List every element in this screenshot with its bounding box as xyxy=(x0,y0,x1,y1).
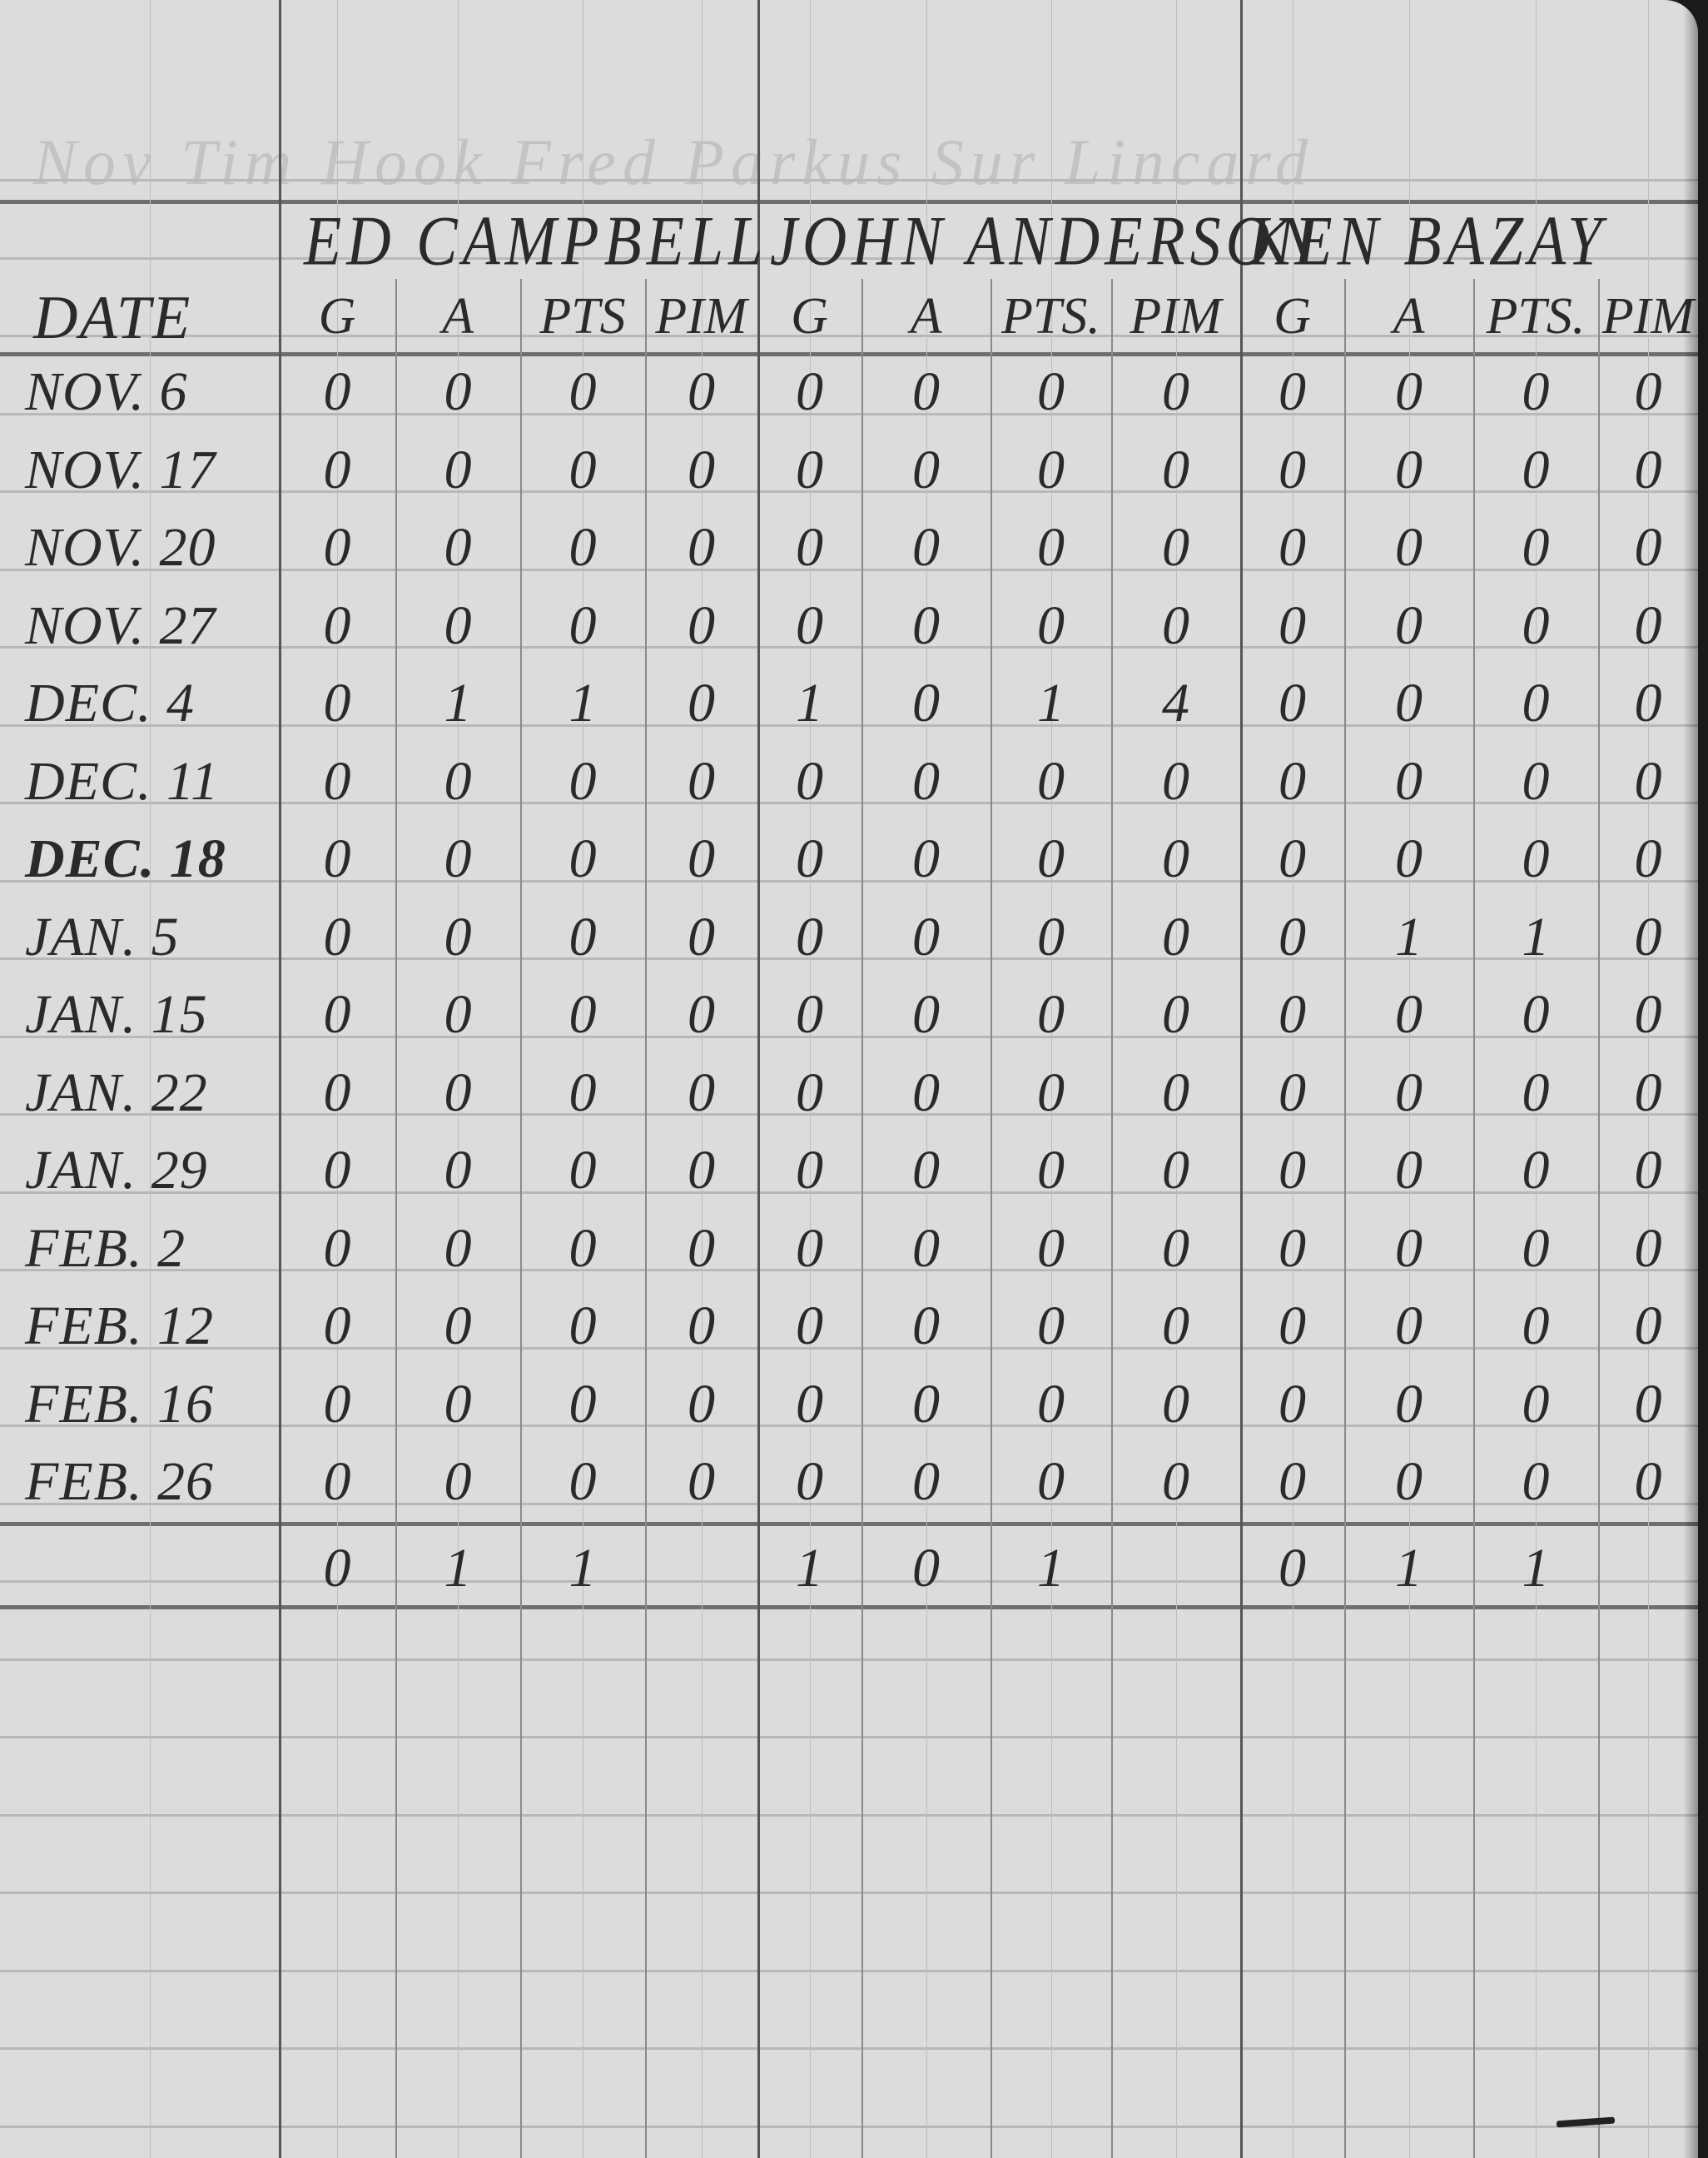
stat-cell: 0 xyxy=(645,672,757,735)
stat-cell: 0 xyxy=(1598,516,1698,579)
stat-cell: 0 xyxy=(279,1450,395,1514)
stat-cell: 0 xyxy=(757,983,861,1047)
stat-cell: 0 xyxy=(757,594,861,658)
game-date: NOV. 27 xyxy=(25,594,216,658)
stat-cell: 0 xyxy=(395,439,520,502)
stat-cell: 0 xyxy=(991,750,1111,813)
stat-cell: 0 xyxy=(395,828,520,891)
total-cell: 1 xyxy=(757,1537,861,1600)
total-cell: 1 xyxy=(395,1537,520,1600)
stat-cell: 0 xyxy=(1344,983,1473,1047)
stat-cell: 0 xyxy=(645,1062,757,1125)
stat-cell: 1 xyxy=(757,672,861,735)
stat-cell: 0 xyxy=(520,439,645,502)
player-name: JOHN ANDERSON xyxy=(770,201,1321,283)
stat-cell: 0 xyxy=(1240,828,1344,891)
stat-cell: 0 xyxy=(991,439,1111,502)
stat-cell: 1 xyxy=(991,672,1111,735)
stat-cell: 0 xyxy=(1240,983,1344,1047)
stat-cell: 0 xyxy=(1598,1139,1698,1202)
stat-cell: 0 xyxy=(279,828,395,891)
stat-cell: 0 xyxy=(645,516,757,579)
stat-cell: 0 xyxy=(1598,750,1698,813)
total-cell: 0 xyxy=(1240,1537,1344,1600)
stat-cell: 0 xyxy=(520,360,645,424)
stat-cell: 0 xyxy=(645,594,757,658)
total-cell: 1 xyxy=(520,1537,645,1600)
stat-cell: 0 xyxy=(645,750,757,813)
stat-column-header: A xyxy=(395,287,520,346)
stat-cell: 0 xyxy=(1598,983,1698,1047)
stat-cell: 0 xyxy=(861,828,991,891)
stat-cell: 0 xyxy=(1111,906,1240,969)
scoresheet-page: Nov Tim Hook Fred Parkus Sur Lincard ED … xyxy=(0,0,1698,2158)
stat-cell: 0 xyxy=(861,439,991,502)
stat-cell: 0 xyxy=(1473,439,1598,502)
stat-cell: 0 xyxy=(1473,672,1598,735)
stat-cell: 0 xyxy=(991,906,1111,969)
stat-cell: 0 xyxy=(645,1295,757,1358)
stat-cell: 0 xyxy=(279,983,395,1047)
ruled-line xyxy=(0,2047,1698,2050)
stat-cell: 0 xyxy=(757,1373,861,1436)
stat-cell: 0 xyxy=(1473,1450,1598,1514)
stat-cell: 0 xyxy=(861,1450,991,1514)
stat-cell: 0 xyxy=(395,1139,520,1202)
ruled-line xyxy=(0,1522,1698,1526)
game-date: DEC. 4 xyxy=(25,672,195,735)
ruled-line xyxy=(0,1658,1698,1661)
stat-cell: 0 xyxy=(520,1450,645,1514)
stat-cell: 0 xyxy=(520,1295,645,1358)
stat-cell: 0 xyxy=(279,1373,395,1436)
stat-cell: 0 xyxy=(1344,1139,1473,1202)
stat-cell: 0 xyxy=(520,983,645,1047)
stat-cell: 0 xyxy=(520,1373,645,1436)
stat-cell: 0 xyxy=(1344,516,1473,579)
stat-cell: 0 xyxy=(1598,1295,1698,1358)
stat-cell: 0 xyxy=(1344,1217,1473,1280)
game-date: DEC. 18 xyxy=(25,828,226,891)
stat-cell: 0 xyxy=(645,828,757,891)
stat-cell: 4 xyxy=(1111,672,1240,735)
stat-cell: 0 xyxy=(1344,1450,1473,1514)
stat-cell: 0 xyxy=(520,828,645,891)
stat-cell: 1 xyxy=(1344,906,1473,969)
stat-column-header: PTS xyxy=(520,287,645,346)
ruled-line xyxy=(0,352,1698,356)
game-date: NOV. 20 xyxy=(25,516,216,579)
stat-cell: 0 xyxy=(757,906,861,969)
stat-cell: 0 xyxy=(991,983,1111,1047)
stat-cell: 0 xyxy=(645,906,757,969)
stat-cell: 0 xyxy=(645,439,757,502)
stat-cell: 0 xyxy=(757,828,861,891)
stat-cell: 0 xyxy=(279,594,395,658)
stat-cell: 1 xyxy=(1473,906,1598,969)
stat-cell: 0 xyxy=(1240,516,1344,579)
stat-cell: 0 xyxy=(1598,1062,1698,1125)
ruled-line xyxy=(0,1892,1698,1894)
stat-cell: 0 xyxy=(520,516,645,579)
stat-cell: 0 xyxy=(520,1139,645,1202)
stat-cell: 0 xyxy=(395,1295,520,1358)
stat-cell: 0 xyxy=(645,1450,757,1514)
stat-cell: 0 xyxy=(861,594,991,658)
stat-cell: 0 xyxy=(395,516,520,579)
ruled-line xyxy=(0,1736,1698,1738)
stat-cell: 0 xyxy=(1598,906,1698,969)
stat-cell: 0 xyxy=(861,983,991,1047)
stat-cell: 0 xyxy=(1598,828,1698,891)
stat-cell: 0 xyxy=(395,360,520,424)
stat-cell: 0 xyxy=(861,750,991,813)
total-cell: 1 xyxy=(991,1537,1111,1600)
stat-column-header: G xyxy=(757,287,861,346)
stat-cell: 0 xyxy=(757,516,861,579)
game-date: NOV. 6 xyxy=(25,360,188,424)
game-date: FEB. 12 xyxy=(25,1295,214,1358)
stat-cell: 0 xyxy=(991,1139,1111,1202)
stat-column-header: A xyxy=(1344,287,1473,346)
stat-cell: 0 xyxy=(1111,750,1240,813)
stat-cell: 0 xyxy=(1111,983,1240,1047)
stat-cell: 0 xyxy=(991,1295,1111,1358)
stat-cell: 0 xyxy=(1111,516,1240,579)
stat-cell: 0 xyxy=(861,1217,991,1280)
stat-cell: 0 xyxy=(1344,750,1473,813)
stat-cell: 0 xyxy=(861,1139,991,1202)
stat-cell: 0 xyxy=(1111,1450,1240,1514)
stat-cell: 0 xyxy=(1473,1062,1598,1125)
stat-cell: 0 xyxy=(520,1217,645,1280)
stat-cell: 0 xyxy=(1344,439,1473,502)
stat-cell: 0 xyxy=(1111,1139,1240,1202)
stat-column-header: PTS. xyxy=(991,287,1111,346)
stat-cell: 0 xyxy=(861,1295,991,1358)
stat-cell: 0 xyxy=(279,906,395,969)
stat-cell: 0 xyxy=(1598,1450,1698,1514)
stat-cell: 0 xyxy=(1344,672,1473,735)
stat-cell: 0 xyxy=(520,1062,645,1125)
stat-cell: 0 xyxy=(1111,360,1240,424)
stat-column-header: PIM xyxy=(645,287,757,346)
stat-cell: 0 xyxy=(991,1217,1111,1280)
stat-cell: 0 xyxy=(757,1450,861,1514)
stat-cell: 0 xyxy=(279,360,395,424)
game-date: FEB. 2 xyxy=(25,1217,186,1280)
bleed-through-text: Nov Tim Hook Fred Parkus Sur Lincard xyxy=(33,125,1665,200)
stat-cell: 0 xyxy=(1111,594,1240,658)
stat-cell: 0 xyxy=(1111,828,1240,891)
stat-cell: 0 xyxy=(1598,360,1698,424)
stat-cell: 1 xyxy=(395,672,520,735)
stat-cell: 0 xyxy=(395,1062,520,1125)
stat-cell: 0 xyxy=(1111,1217,1240,1280)
stat-cell: 0 xyxy=(279,439,395,502)
stat-column-header: A xyxy=(861,287,991,346)
stat-cell: 0 xyxy=(991,1450,1111,1514)
stat-cell: 0 xyxy=(1240,1139,1344,1202)
stat-cell: 0 xyxy=(279,1139,395,1202)
stat-cell: 0 xyxy=(1598,1373,1698,1436)
ruled-line xyxy=(0,1970,1698,1972)
stat-cell: 0 xyxy=(1598,594,1698,658)
stat-cell: 1 xyxy=(520,672,645,735)
stat-cell: 0 xyxy=(279,672,395,735)
total-cell: 1 xyxy=(1473,1537,1598,1600)
game-date: DEC. 11 xyxy=(25,750,219,813)
stat-cell: 0 xyxy=(757,439,861,502)
stat-cell: 0 xyxy=(395,1450,520,1514)
ruled-line xyxy=(0,1605,1698,1609)
stat-cell: 0 xyxy=(757,360,861,424)
stat-cell: 0 xyxy=(1473,1373,1598,1436)
stat-cell: 0 xyxy=(861,906,991,969)
stat-cell: 0 xyxy=(645,1373,757,1436)
stat-cell: 0 xyxy=(520,750,645,813)
stat-cell: 0 xyxy=(757,1139,861,1202)
stat-cell: 0 xyxy=(861,672,991,735)
game-date: JAN. 22 xyxy=(25,1062,208,1125)
stat-column-header: G xyxy=(1240,287,1344,346)
stat-cell: 0 xyxy=(1111,1295,1240,1358)
stat-cell: 0 xyxy=(1344,1062,1473,1125)
stat-cell: 0 xyxy=(279,750,395,813)
stat-cell: 0 xyxy=(645,360,757,424)
date-column-header: DATE xyxy=(33,283,191,354)
ruled-line xyxy=(0,2126,1698,2128)
stat-cell: 0 xyxy=(395,1217,520,1280)
stat-cell: 0 xyxy=(991,1373,1111,1436)
stat-cell: 0 xyxy=(991,360,1111,424)
stat-cell: 0 xyxy=(1344,594,1473,658)
stat-cell: 0 xyxy=(861,1373,991,1436)
stat-cell: 0 xyxy=(861,516,991,579)
stat-cell: 0 xyxy=(757,1217,861,1280)
stat-cell: 0 xyxy=(1473,1295,1598,1358)
stat-cell: 0 xyxy=(861,360,991,424)
game-date: JAN. 29 xyxy=(25,1139,208,1202)
stat-cell: 0 xyxy=(395,1373,520,1436)
stat-cell: 0 xyxy=(1344,828,1473,891)
stat-cell: 0 xyxy=(1240,439,1344,502)
stat-cell: 0 xyxy=(1240,1295,1344,1358)
stat-cell: 0 xyxy=(1598,1217,1698,1280)
game-date: NOV. 17 xyxy=(25,439,216,502)
stat-column-header: PIM xyxy=(1598,287,1698,346)
stat-cell: 0 xyxy=(1473,594,1598,658)
total-cell: 1 xyxy=(1344,1537,1473,1600)
stat-column-header: PIM xyxy=(1111,287,1240,346)
total-cell: 0 xyxy=(279,1537,395,1600)
stat-cell: 0 xyxy=(1240,360,1344,424)
stat-cell: 0 xyxy=(1240,672,1344,735)
stat-cell: 0 xyxy=(1344,1373,1473,1436)
stat-cell: 0 xyxy=(1473,360,1598,424)
ruled-line xyxy=(0,179,1698,181)
stat-cell: 0 xyxy=(1240,1373,1344,1436)
stat-cell: 0 xyxy=(991,1062,1111,1125)
stat-cell: 0 xyxy=(1111,1373,1240,1436)
stat-cell: 0 xyxy=(1473,983,1598,1047)
stat-cell: 0 xyxy=(1473,750,1598,813)
stat-cell: 0 xyxy=(991,516,1111,579)
stat-column-header: PTS. xyxy=(1473,287,1598,346)
stat-cell: 0 xyxy=(757,1062,861,1125)
game-date: FEB. 26 xyxy=(25,1450,214,1514)
stat-cell: 0 xyxy=(520,906,645,969)
game-date: JAN. 15 xyxy=(25,983,208,1047)
stat-cell: 0 xyxy=(1344,360,1473,424)
player-name: KEN BAZAY xyxy=(1249,201,1606,283)
player-name: ED CAMPBELL xyxy=(304,201,767,283)
stat-cell: 0 xyxy=(1473,516,1598,579)
stat-cell: 0 xyxy=(645,1217,757,1280)
stat-cell: 0 xyxy=(645,1139,757,1202)
ruled-line xyxy=(0,1814,1698,1817)
stat-column-header: G xyxy=(279,287,395,346)
stat-cell: 0 xyxy=(1111,439,1240,502)
stat-cell: 0 xyxy=(991,594,1111,658)
stat-cell: 0 xyxy=(1240,594,1344,658)
stat-cell: 0 xyxy=(279,1217,395,1280)
stat-cell: 0 xyxy=(279,1295,395,1358)
stat-cell: 0 xyxy=(645,983,757,1047)
stat-cell: 0 xyxy=(1240,1062,1344,1125)
game-date: JAN. 5 xyxy=(25,906,180,969)
stat-cell: 0 xyxy=(991,828,1111,891)
stat-cell: 0 xyxy=(1344,1295,1473,1358)
stat-cell: 0 xyxy=(395,906,520,969)
stat-cell: 0 xyxy=(1111,1062,1240,1125)
stat-cell: 0 xyxy=(279,1062,395,1125)
stat-cell: 0 xyxy=(1240,1217,1344,1280)
stat-cell: 0 xyxy=(395,750,520,813)
total-cell: 0 xyxy=(861,1537,991,1600)
stat-cell: 0 xyxy=(1240,1450,1344,1514)
stat-cell: 0 xyxy=(1240,750,1344,813)
stat-cell: 0 xyxy=(1598,672,1698,735)
stat-cell: 0 xyxy=(1240,906,1344,969)
stat-cell: 0 xyxy=(1473,1217,1598,1280)
stat-cell: 0 xyxy=(395,594,520,658)
stat-cell: 0 xyxy=(279,516,395,579)
game-date: FEB. 16 xyxy=(25,1373,214,1436)
stat-cell: 0 xyxy=(757,750,861,813)
stat-cell: 0 xyxy=(1473,828,1598,891)
stat-cell: 0 xyxy=(1473,1139,1598,1202)
stat-cell: 0 xyxy=(1598,439,1698,502)
stat-cell: 0 xyxy=(520,594,645,658)
stat-cell: 0 xyxy=(861,1062,991,1125)
stat-cell: 0 xyxy=(395,983,520,1047)
stat-cell: 0 xyxy=(757,1295,861,1358)
